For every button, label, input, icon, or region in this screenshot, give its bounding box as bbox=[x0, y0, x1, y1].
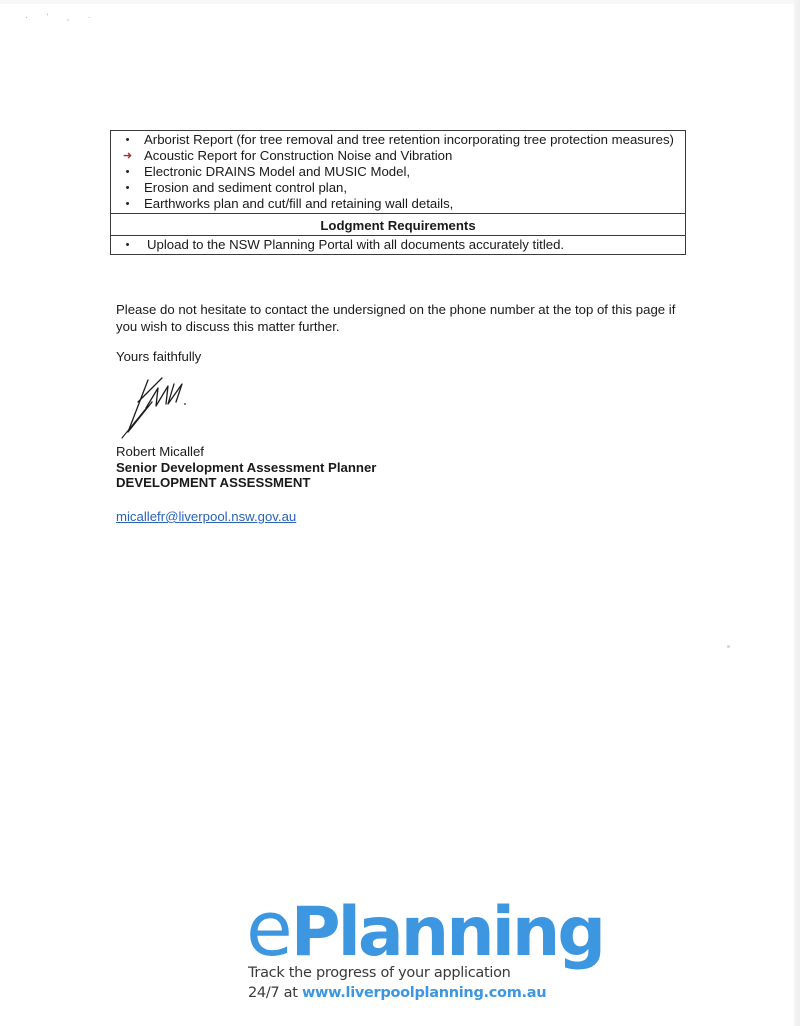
eplanning-tagline: Track the progress of your application 2… bbox=[248, 963, 546, 1003]
bullet-icon: • bbox=[111, 196, 144, 212]
eplanning-logo: ePlanning bbox=[246, 892, 603, 966]
requirement-item: • Arborist Report (for tree removal and … bbox=[111, 132, 679, 148]
tagline-line2: 24/7 at www.liverpoolplanning.com.au bbox=[248, 983, 546, 1003]
handwritten-signature bbox=[118, 372, 218, 442]
lodgment-text: Upload to the NSW Planning Portal with a… bbox=[144, 237, 679, 253]
requirement-text: Acoustic Report for Construction Noise a… bbox=[144, 148, 679, 164]
bullet-icon: • bbox=[111, 237, 144, 253]
scan-edge-right bbox=[794, 0, 800, 1026]
signatory-department: DEVELOPMENT ASSESSMENT bbox=[116, 475, 376, 491]
eplanning-url[interactable]: www.liverpoolplanning.com.au bbox=[302, 985, 546, 1001]
signatory-title: Senior Development Assessment Planner bbox=[116, 460, 376, 476]
logo-word: Planning bbox=[291, 893, 603, 972]
requirement-text: Erosion and sediment control plan, bbox=[144, 180, 679, 196]
lodgment-heading: Lodgment Requirements bbox=[111, 213, 685, 236]
requirement-item: • Earthworks plan and cut/fill and retai… bbox=[111, 196, 679, 212]
logo-prefix: e bbox=[246, 884, 291, 973]
bullet-icon: • bbox=[111, 132, 144, 148]
requirements-table: • Arborist Report (for tree removal and … bbox=[110, 130, 686, 255]
signatory-name: Robert Micallef bbox=[116, 444, 376, 460]
signature-block: Robert Micallef Senior Development Asses… bbox=[116, 444, 376, 491]
requirement-item: • Electronic DRAINS Model and MUSIC Mode… bbox=[111, 164, 679, 180]
bullet-icon: • bbox=[111, 180, 144, 196]
requirement-item: ➜ Acoustic Report for Construction Noise… bbox=[111, 148, 679, 164]
closing-paragraph: Please do not hesitate to contact the un… bbox=[116, 302, 696, 335]
requirement-text: Arborist Report (for tree removal and tr… bbox=[144, 132, 679, 148]
requirement-text: Electronic DRAINS Model and MUSIC Model, bbox=[144, 164, 679, 180]
lodgment-item: • Upload to the NSW Planning Portal with… bbox=[111, 237, 679, 253]
requirements-list: • Arborist Report (for tree removal and … bbox=[111, 131, 685, 213]
scan-specks: · ' , · bbox=[25, 12, 99, 22]
bullet-icon: • bbox=[111, 164, 144, 180]
red-pen-mark-icon: ➜ bbox=[123, 150, 132, 162]
signatory-email-link[interactable]: micallefr@liverpool.nsw.gov.au bbox=[116, 509, 296, 524]
bullet-icon: ➜ bbox=[111, 148, 144, 164]
scan-edge-top bbox=[0, 0, 800, 4]
sign-off: Yours faithfully bbox=[116, 349, 696, 366]
tagline-line1: Track the progress of your application bbox=[248, 963, 546, 983]
scan-speck bbox=[727, 645, 730, 648]
tagline-prefix: 24/7 at bbox=[248, 985, 302, 1001]
eplanning-wordmark: ePlanning bbox=[246, 892, 603, 966]
requirement-item: • Erosion and sediment control plan, bbox=[111, 180, 679, 196]
requirement-text: Earthworks plan and cut/fill and retaini… bbox=[144, 196, 679, 212]
lodgment-list: • Upload to the NSW Planning Portal with… bbox=[111, 236, 685, 254]
